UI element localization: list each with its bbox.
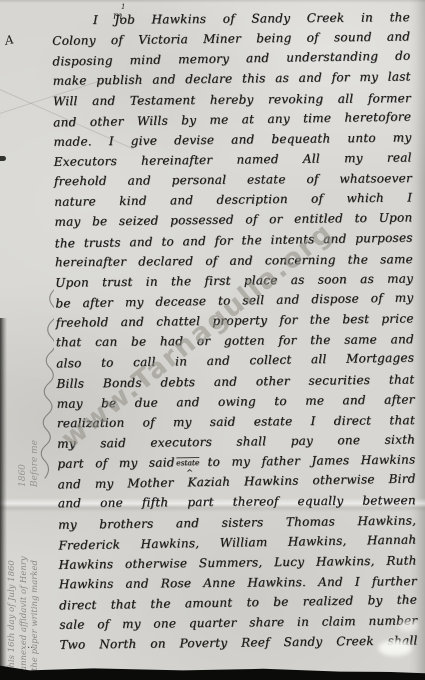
margin-signature-scrawl bbox=[34, 268, 54, 482]
bottom-scan-edge bbox=[0, 660, 425, 680]
scanned-will-page: 1 m. A .. I Job Hawkins of Sandy Creek i… bbox=[0, 0, 425, 680]
manuscript-line: and one fifth part thereof equally betwe… bbox=[2, 490, 425, 514]
margin-note-line: 1860 bbox=[17, 287, 29, 487]
left-edge-nick bbox=[0, 156, 6, 161]
manuscript-line: freehold and personal estate of whatsoev… bbox=[0, 168, 423, 192]
margin-note-line: the paper writing marked bbox=[30, 463, 42, 671]
margin-note-lower: this 16th day of July 1860 annexed affid… bbox=[7, 463, 42, 671]
left-scan-edge-shadow bbox=[0, 318, 7, 670]
bright-stain-spot bbox=[378, 640, 412, 656]
margin-note-line: this 16th day of July 1860 bbox=[7, 463, 19, 671]
bright-stain-spot bbox=[398, 620, 418, 632]
manuscript-line: Two North on Poverty Reef Sandy Creek sh… bbox=[3, 631, 425, 656]
manuscript-line: hereinafter declared of and concerning t… bbox=[0, 249, 424, 273]
inserted-word: estate bbox=[176, 457, 199, 466]
margin-note-line: annexed affidavit of Henry bbox=[19, 463, 31, 671]
manuscript-line: I Job Hawkins of Sandy Creek in the bbox=[0, 7, 421, 31]
